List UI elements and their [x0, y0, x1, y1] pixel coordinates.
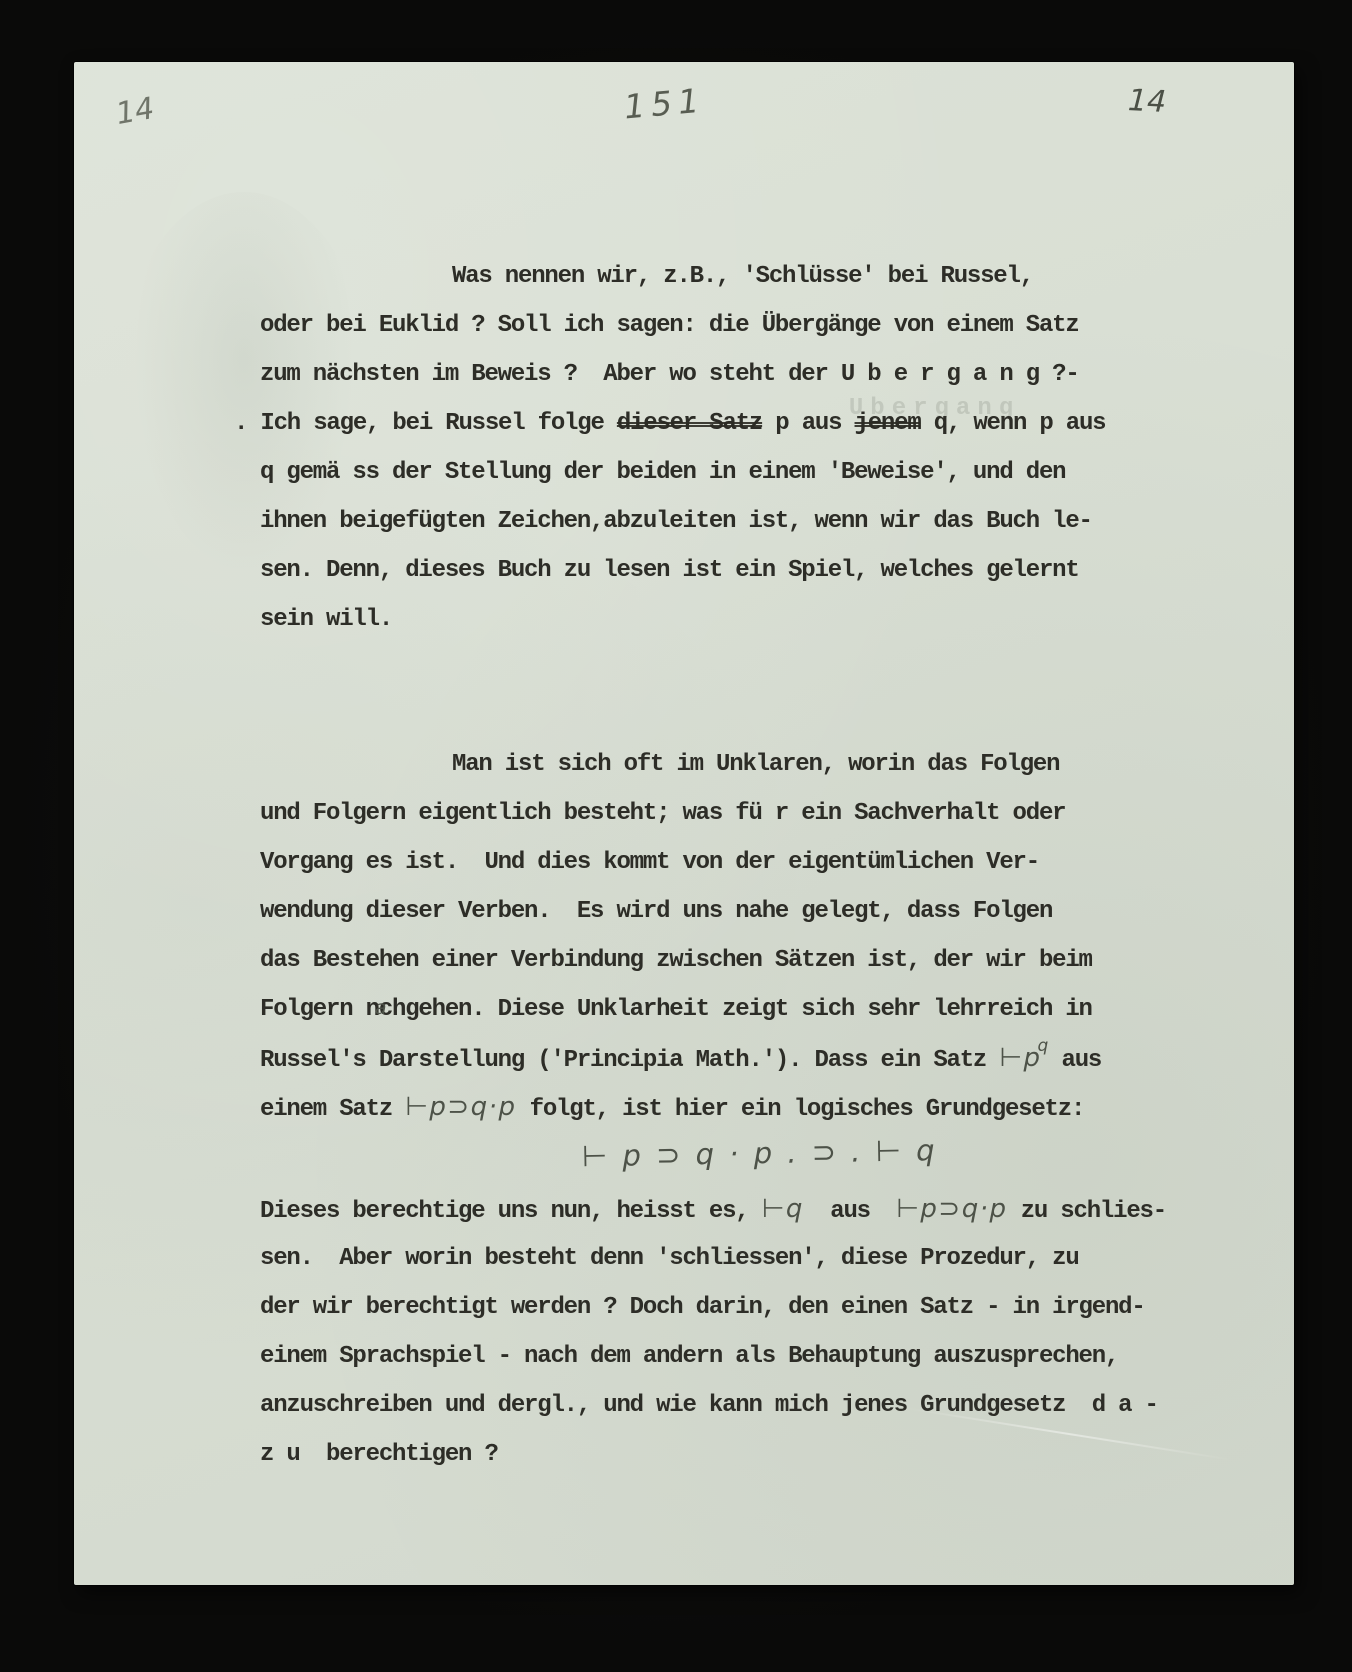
paragraph-2: Man ist sich oft im Unklaren, worin das …	[260, 740, 1170, 1479]
typed-text: . Ich sage, bei Russel folge	[234, 410, 617, 437]
strikethrough-word: jenem	[855, 410, 921, 437]
typed-text: Folgern n	[260, 996, 379, 1023]
handwritten-formula: ⊢pq	[999, 1043, 1048, 1073]
typed-line: einem Satz ⊢p⊃q·p folgt, ist hier ein lo…	[260, 1083, 1170, 1132]
typed-line: wendung dieser Verben. Es wird uns nahe …	[260, 887, 1170, 936]
typed-line: oder bei Euklid ? Soll ich sagen: die Üb…	[260, 301, 1170, 350]
typed-line: q gemä ss der Stellung der beiden in ein…	[260, 448, 1170, 497]
typed-text: p aus	[762, 410, 854, 437]
typed-line: sen. Denn, dieses Buch zu lesen ist ein …	[260, 546, 1170, 595]
typed-text: Dieses berechtige uns nun, heisst es,	[260, 1198, 762, 1225]
formula-superscript: q	[1038, 1036, 1049, 1056]
display-formula-line: ⊢ p ⊃ q · p . ⊃ . ⊢ q	[260, 1132, 1170, 1185]
scan-background: 14 151 14 Was nennen wir, z.B., 'Schlüss…	[0, 0, 1352, 1672]
typed-line: Dieses berechtige uns nun, heisst es, ⊢q…	[260, 1185, 1170, 1234]
typed-line: Vorgang es ist. Und dies kommt von der e…	[260, 838, 1170, 887]
typed-text: chgehen. Diese Unklarheit zeigt sich seh…	[379, 996, 1092, 1023]
formula-text: ⊢p	[999, 1043, 1041, 1073]
typed-text: folgt, ist hier ein logisches Grundgeset…	[516, 1096, 1084, 1123]
typed-line: zum nächsten im Beweis ? Aber wo steht d…	[260, 350, 1170, 399]
typed-line: z u berechtigen ?	[260, 1430, 1170, 1479]
typed-line: anzuschreiben und dergl., und wie kann m…	[260, 1381, 1170, 1430]
typed-line: sen. Aber worin besteht denn 'schliessen…	[260, 1234, 1170, 1283]
typed-text: einem Satz	[260, 1096, 405, 1123]
typed-line: Was nennen wir, z.B., 'Schlüsse' bei Rus…	[260, 252, 1170, 301]
typed-line: und Folgern eigentlich besteht; was fü r…	[260, 789, 1170, 838]
typed-text: zum nächsten im Beweis ? Aber wo steht d…	[260, 361, 841, 388]
typed-line: der wir berechtigt werden ? Doch darin, …	[260, 1283, 1170, 1332]
typed-text: aus	[804, 1198, 896, 1225]
typed-text: zu schlies-	[1008, 1198, 1166, 1225]
typed-text: q, wenn p aus	[921, 410, 1106, 437]
typed-line: ihnen beigefügten Zeichen,abzuleiten ist…	[260, 497, 1170, 546]
pencil-page-number-right: 14	[1127, 83, 1167, 120]
typed-text: Russel's Darstellung ('Principia Math.')…	[260, 1047, 999, 1074]
paragraph-1: Was nennen wir, z.B., 'Schlüsse' bei Rus…	[260, 252, 1170, 644]
typed-line: Man ist sich oft im Unklaren, worin das …	[260, 740, 1170, 789]
strikethrough-word: dieser Satz	[617, 410, 762, 437]
typed-line: Russel's Darstellung ('Principia Math.')…	[260, 1034, 1170, 1083]
handwritten-formula: ⊢q	[762, 1194, 804, 1224]
pencil-page-number-left: 14	[113, 91, 157, 132]
typed-line: sein will.	[260, 595, 1170, 644]
typed-line: einem Sprachspiel - nach dem andern als …	[260, 1332, 1170, 1381]
document-page: 14 151 14 Was nennen wir, z.B., 'Schlüss…	[74, 62, 1294, 1585]
handwritten-inserted-letter: a	[375, 984, 387, 1033]
typed-text: aus	[1048, 1047, 1101, 1074]
typed-line: Folgern nachgehen. Diese Unklarheit zeig…	[260, 985, 1170, 1034]
handwritten-formula: ⊢p⊃q·p	[896, 1194, 1007, 1224]
pencil-page-number-center: 151	[622, 81, 706, 127]
handwritten-formula: ⊢p⊃q·p	[405, 1092, 516, 1122]
handwritten-display-formula: ⊢ p ⊃ q · p . ⊃ . ⊢ q	[260, 1126, 938, 1187]
typed-line: das Bestehen einer Verbindung zwischen S…	[260, 936, 1170, 985]
typed-line: . Ich sage, bei Russel folge dieser Satz…	[234, 399, 1170, 448]
